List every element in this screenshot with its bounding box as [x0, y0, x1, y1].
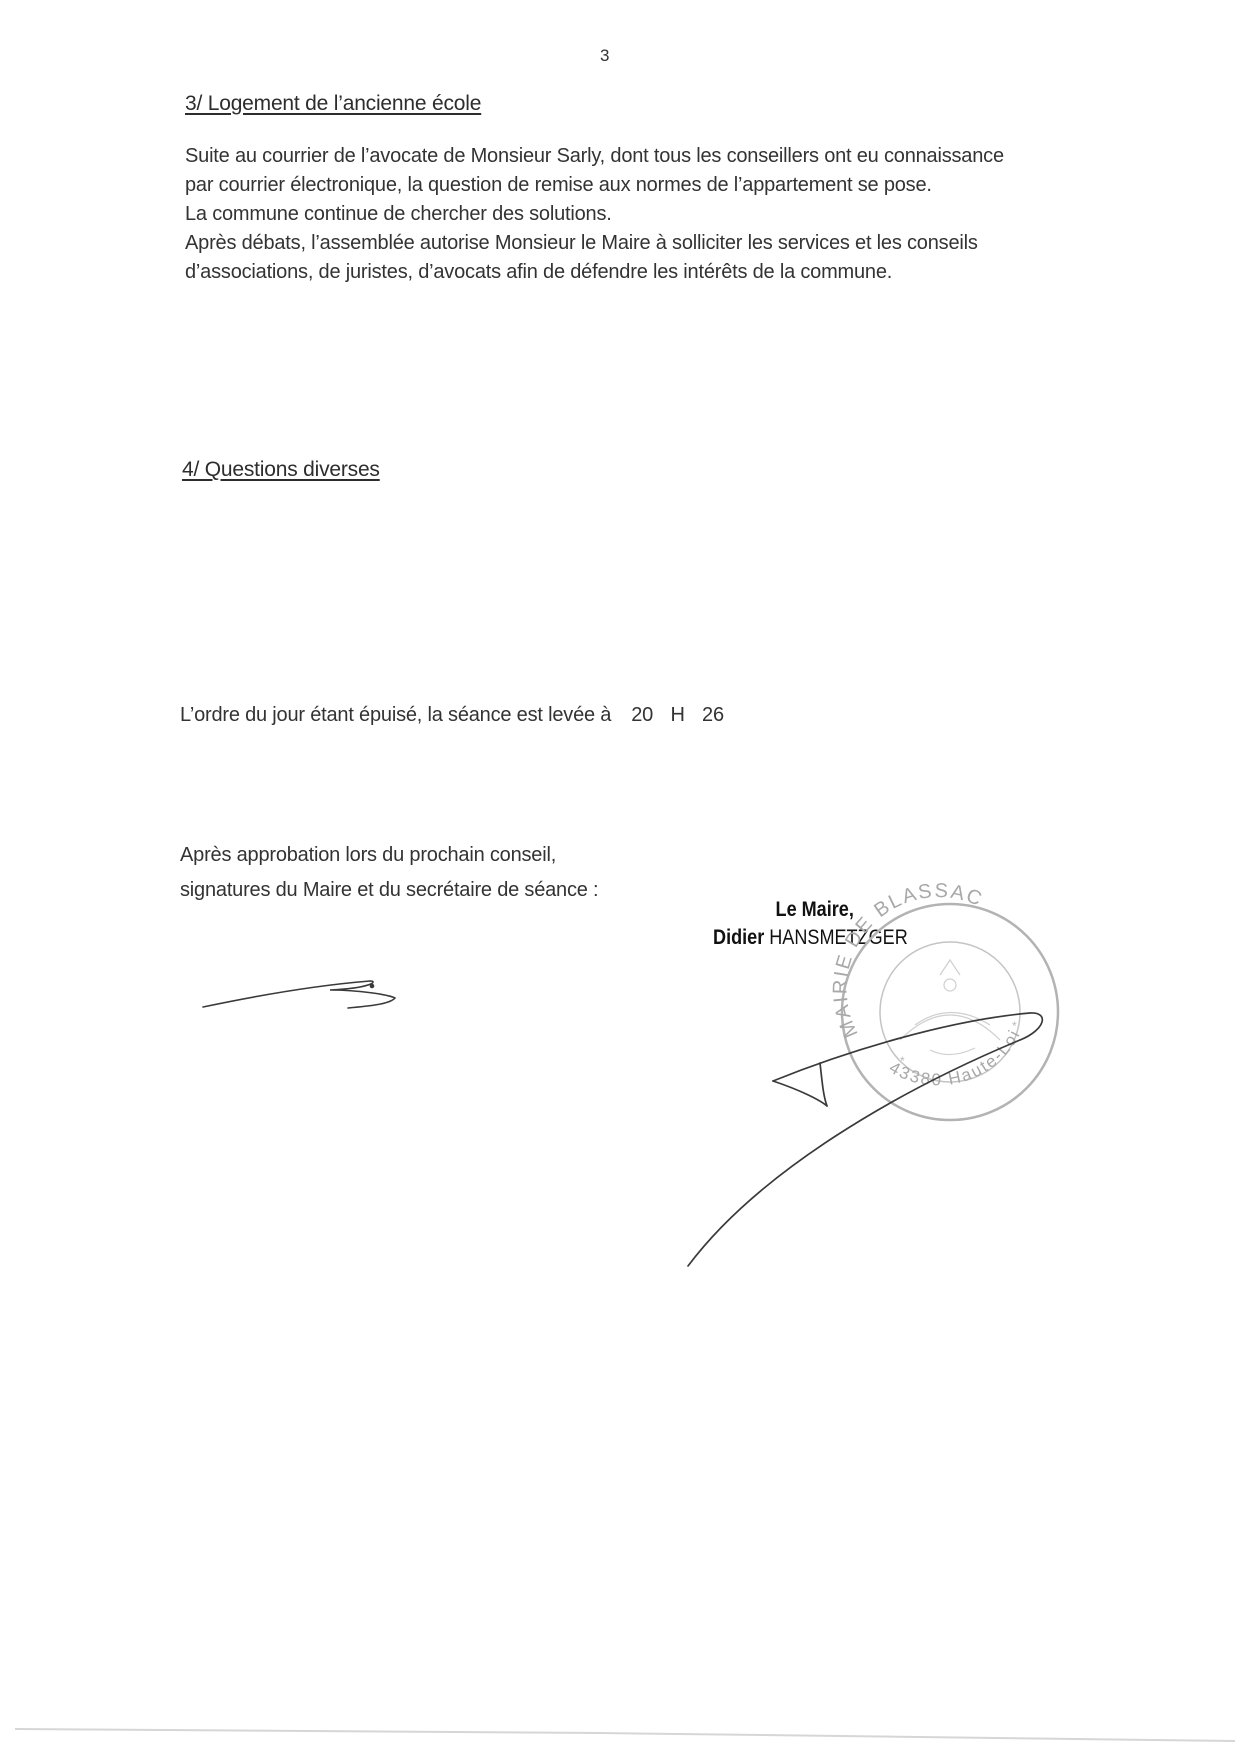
stamp-emblem-icon: [900, 960, 1000, 1055]
signatory-last-name: HANSMETZGER: [769, 926, 907, 949]
section-heading-logement: 3/ Logement de l’ancienne école: [185, 92, 481, 116]
secretary-signature: [203, 981, 395, 1008]
time-minute: 26: [702, 704, 724, 726]
stamp-star-icon: *: [1012, 1019, 1017, 1033]
approval-line-2: signatures du Maire et du secrétaire de …: [180, 873, 598, 908]
signatory-title: Le Maire,: [690, 896, 931, 924]
scan-edge-line: [15, 1729, 1235, 1741]
section-body-logement: Suite au courrier de l’avocate de Monsie…: [185, 142, 1065, 287]
paragraph: Après débats, l’assemblée autorise Monsi…: [185, 229, 1035, 287]
time-hour: 20: [631, 704, 653, 726]
signatory-name: Didier HANSMETZGER: [690, 924, 931, 952]
mayor-signature: [688, 1013, 1042, 1266]
approval-line-1: Après approbation lors du prochain conse…: [180, 838, 598, 873]
paragraph: La commune continue de chercher des solu…: [185, 200, 1065, 229]
approval-note: Après approbation lors du prochain conse…: [180, 838, 598, 908]
closing-time: 20 H 26: [631, 704, 724, 726]
closing-text: L’ordre du jour étant épuisé, la séance …: [180, 704, 611, 726]
paragraph: Suite au courrier de l’avocate de Monsie…: [185, 142, 1020, 200]
signatory-block: Le Maire, Didier HANSMETZGER: [690, 896, 931, 952]
closing-statement: L’ordre du jour étant épuisé, la séance …: [180, 704, 724, 727]
stamp-star-icon: *: [900, 1054, 905, 1068]
page-number: 3: [600, 46, 609, 66]
section-heading-questions-diverses: 4/ Questions diverses: [182, 458, 380, 482]
time-separator: H: [670, 704, 684, 726]
signatory-first-name: Didier: [713, 926, 764, 949]
